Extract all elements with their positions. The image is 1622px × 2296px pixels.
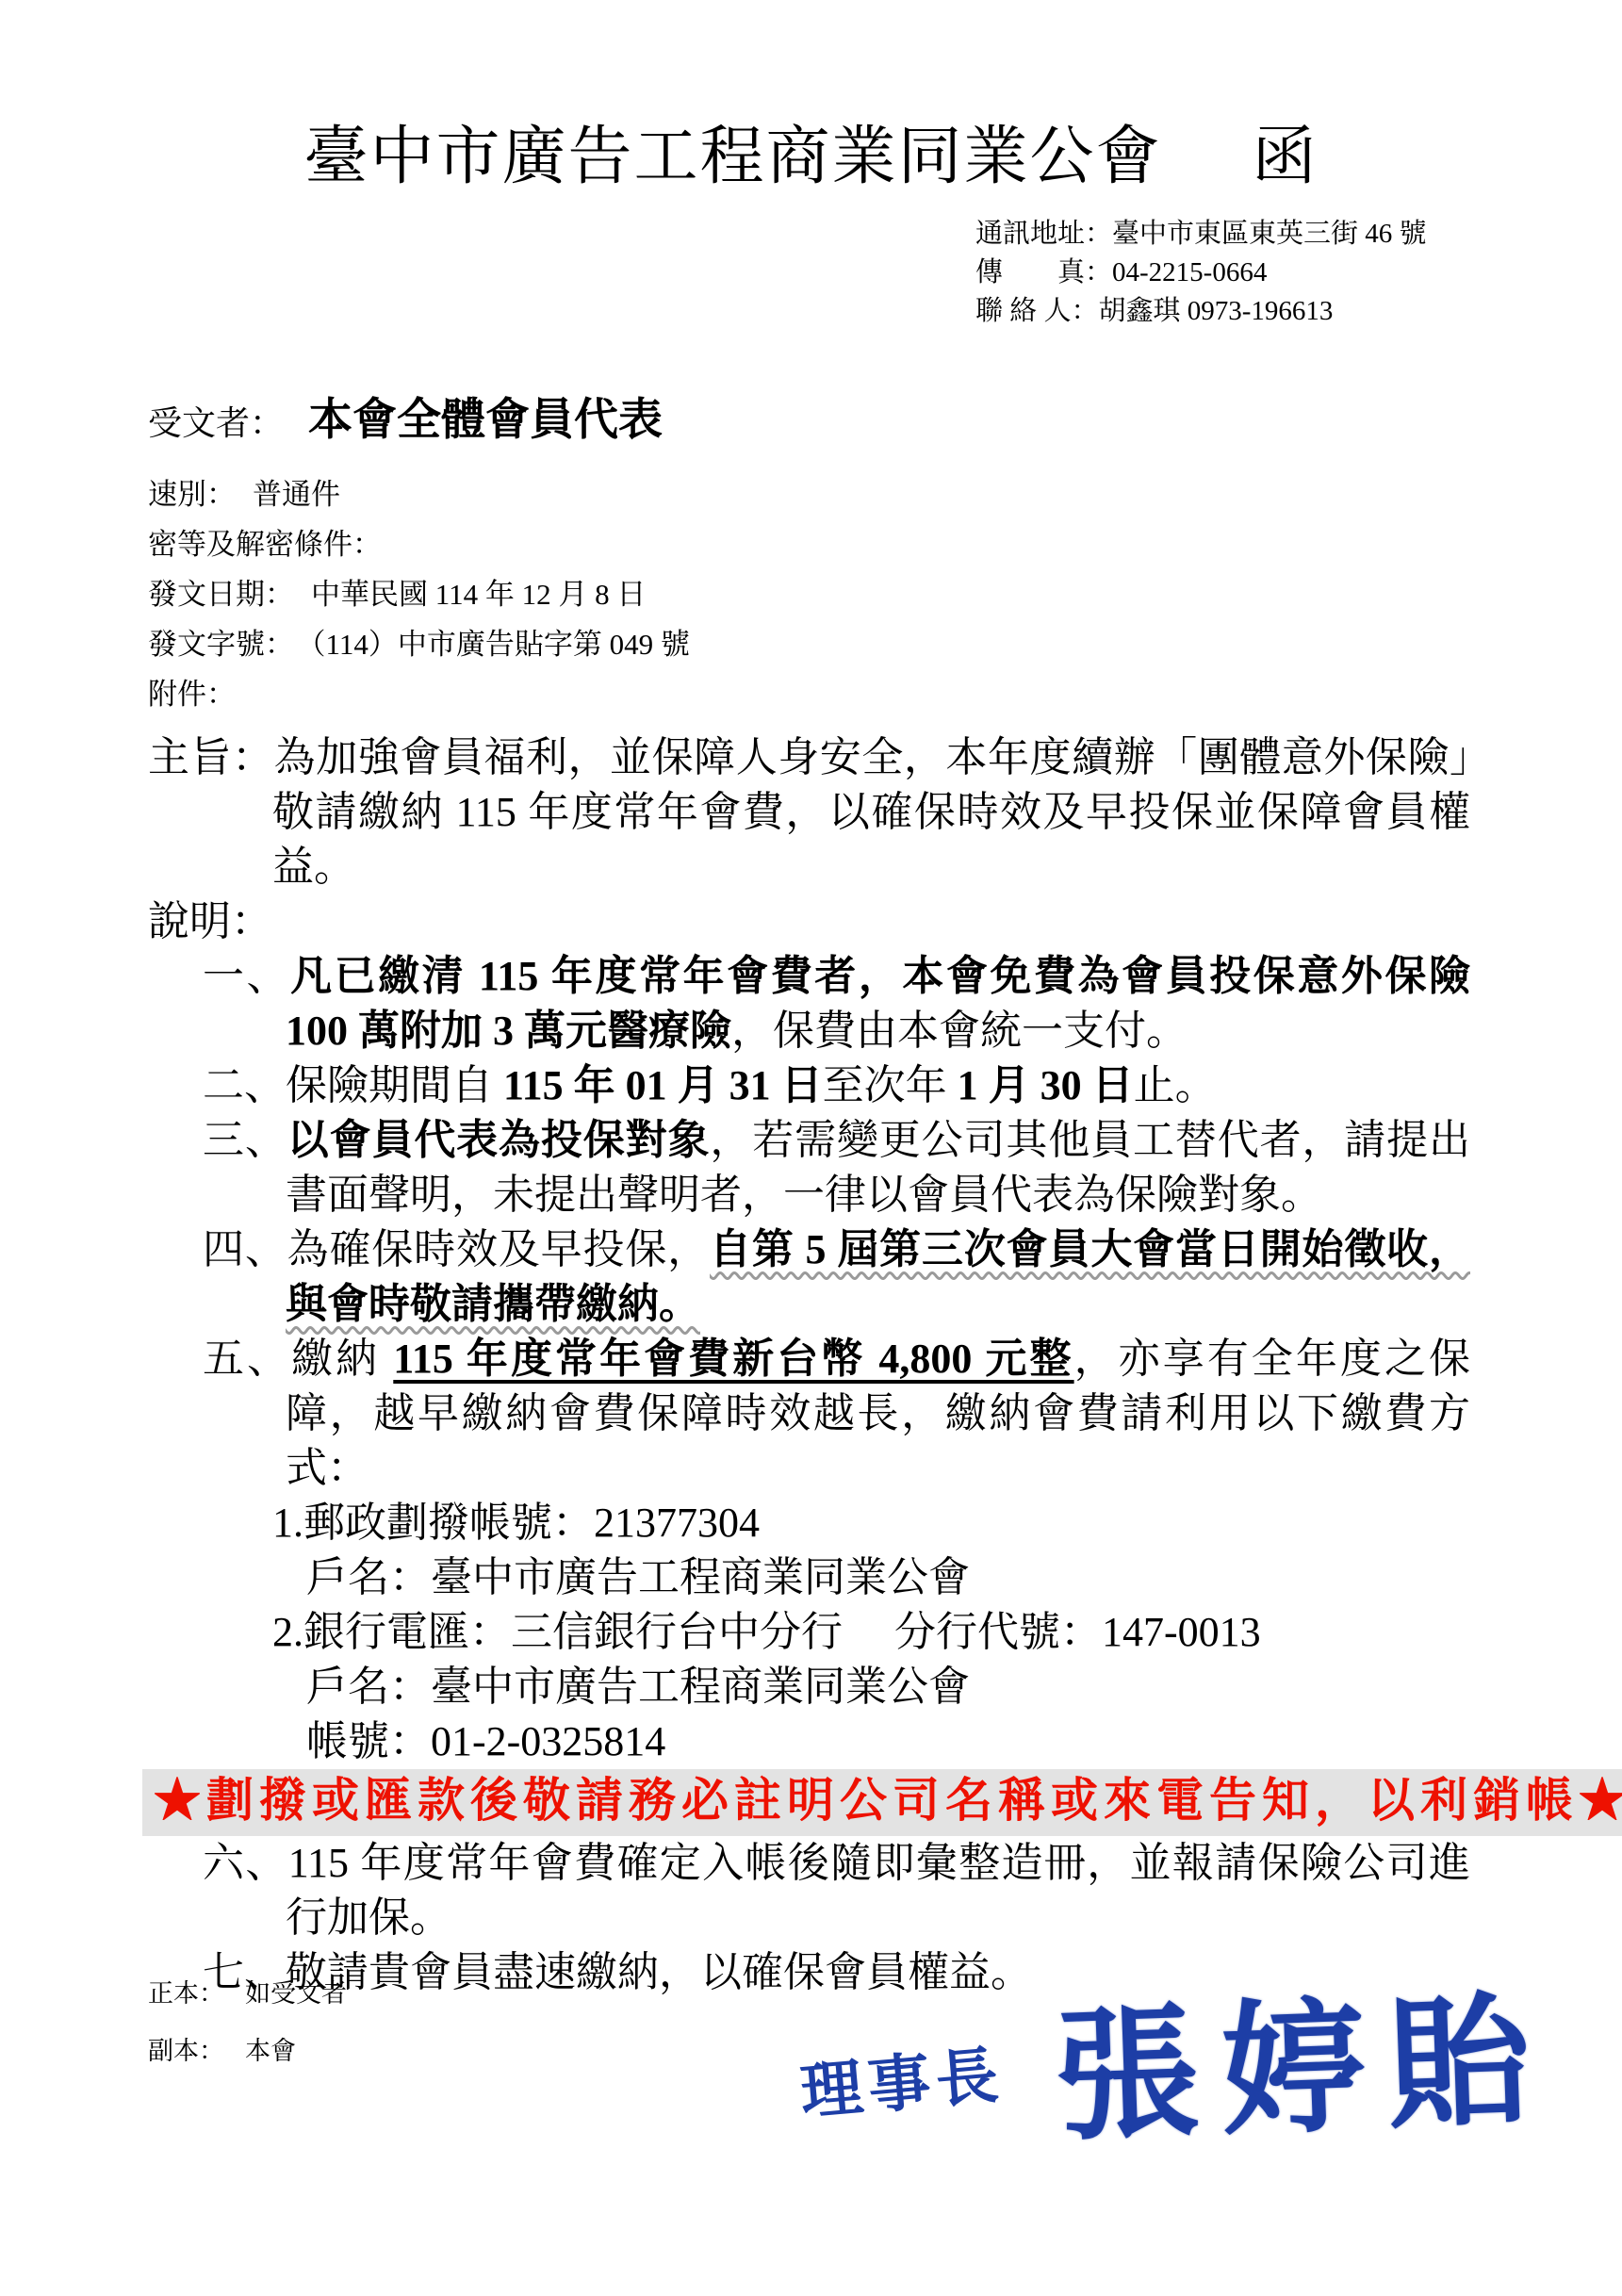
document-letter-type: 函 <box>1253 121 1319 192</box>
list-item-1: 一、凡已繳清 115 年度常年會費者，本會免費為會員投保意外保險 100 萬附加… <box>203 949 1470 1058</box>
recipient-row: 受文者：本會全體會員代表 <box>148 385 663 448</box>
item-text: 敬請貴會員盡速繳納，以確保會員權益。 <box>286 1949 1032 1995</box>
payment-line-postal-accountname: 戶名：臺中市廣告工程商業同業公會 <box>306 1550 1470 1605</box>
item-text-bold: 115 年 01 月 31 日 <box>503 1062 823 1108</box>
contact-address-line: 通訊地址：臺中市東區東英三街 46 號 <box>975 215 1427 254</box>
contact-fax-line: 傳 真：04-2215-0664 <box>975 254 1427 292</box>
meta-label: 速別： <box>148 478 236 511</box>
list-item-5: 五、繳納 115 年度常年會費新台幣 4,800 元整，亦享有全年度之保障，越早… <box>203 1332 1470 1496</box>
copy-distribution-block: 正本：如受文者 副本：本會 <box>148 1965 347 2080</box>
list-item-2: 二、保險期間自 115 年 01 月 31 日至次年 1 月 30 日止。 <box>203 1058 1470 1113</box>
item-text: 115 年度常年會費確定入帳後隨即彙整造冊，並報請保險公司進行加保。 <box>286 1840 1470 1941</box>
item-text: 為確保時效及早投保， <box>287 1226 710 1272</box>
payment-line-bank: 2.銀行電匯：三信銀行台中分行 分行代號：147-0013 <box>272 1605 1470 1660</box>
letter-body: 主旨：為加強會員福利，並保障人身安全，本年度續辦「團體意外保險」敬請繳納 115… <box>148 730 1470 2000</box>
meta-row-date: 發文日期：中華民國 114 年 12 月 8 日 <box>148 569 690 619</box>
meta-row-security: 密等及解密條件： <box>148 519 690 569</box>
recipient-label: 受文者： <box>148 404 284 442</box>
duplicate-copy-row: 副本：本會 <box>148 2023 347 2080</box>
recipient-value: 本會全體會員代表 <box>308 396 663 445</box>
meta-label: 附件： <box>148 678 236 711</box>
contact-address-label: 通訊地址： <box>975 219 1112 249</box>
chairman-name: 張婷貽 <box>1053 1989 1555 2152</box>
document-title-row: 臺中市廣告工程商業同業公會函 <box>0 119 1622 196</box>
item-text: 保險期間自 <box>286 1062 503 1108</box>
payment-line-bank-accountname: 戶名：臺中市廣告工程商業同業公會 <box>306 1660 1470 1714</box>
item-number: 二、 <box>203 1062 286 1108</box>
meta-value: 中華民國 114 年 12 月 8 日 <box>311 578 646 611</box>
subject-paragraph: 主旨：為加強會員福利，並保障人身安全，本年度續辦「團體意外保險」敬請繳納 115… <box>148 730 1470 894</box>
meta-value: 普通件 <box>253 478 340 511</box>
contact-fax-value: 04-2215-0664 <box>1112 257 1267 287</box>
contact-fax-label: 傳 真： <box>975 257 1112 287</box>
item-number: 一、 <box>203 953 290 999</box>
explanation-label: 說明： <box>148 894 1470 949</box>
highlight-banner: ★劃撥或匯款後敬請務必註明公司名稱或來電告知，以利銷帳★ <box>142 1769 1622 1836</box>
meta-label: 發文字號： <box>148 628 294 661</box>
original-copy-value: 如受文者 <box>245 1979 347 2008</box>
meta-row-refnumber: 發文字號：（114）中市廣告貼字第 049 號 <box>148 619 690 669</box>
item-number: 三、 <box>203 1117 287 1163</box>
list-item-3: 三、以會員代表為投保對象，若需變更公司其他員工替代者，請提出書面聲明，未提出聲明… <box>203 1113 1470 1222</box>
meta-label: 發文日期： <box>148 578 294 611</box>
duplicate-copy-label: 副本： <box>148 2037 224 2065</box>
original-copy-row: 正本：如受文者 <box>148 1965 347 2023</box>
payment-line-bank-accountnumber: 帳號：01-2-0325814 <box>306 1714 1470 1769</box>
item-text: 繳納 <box>291 1336 393 1382</box>
payment-line-postal: 1.郵政劃撥帳號：21377304 <box>272 1496 1470 1550</box>
item-text: ，保費由本會統一支付。 <box>731 1008 1188 1054</box>
contact-person-line: 聯 絡 人：胡鑫琪 0973-196613 <box>975 292 1427 331</box>
official-letter-page: 臺中市廣告工程商業同業公會函 通訊地址：臺中市東區東英三街 46 號 傳 真：0… <box>0 0 1622 2296</box>
original-copy-label: 正本： <box>148 1979 224 2008</box>
item-text-bold: 以會員代表為投保對象 <box>287 1117 711 1163</box>
document-title: 臺中市廣告工程商業同業公會 <box>303 121 1161 192</box>
item-number: 五、 <box>203 1336 291 1382</box>
meta-label: 密等及解密條件： <box>148 528 382 561</box>
subject-label: 主旨： <box>148 734 274 780</box>
item-text: 至次年 <box>823 1062 958 1108</box>
contact-person-value: 胡鑫琪 0973-196613 <box>1099 296 1334 326</box>
contact-person-label: 聯 絡 人： <box>975 296 1099 326</box>
meta-row-speed: 速別：普通件 <box>148 469 690 519</box>
chairman-signature: 理事長 張婷貽 <box>798 1989 1556 2161</box>
contact-block: 通訊地址：臺中市東區東英三街 46 號 傳 真：04-2215-0664 聯 絡… <box>975 215 1427 331</box>
meta-row-attachment: 附件： <box>148 669 690 719</box>
meta-block: 速別：普通件 密等及解密條件： 發文日期：中華民國 114 年 12 月 8 日… <box>148 469 690 719</box>
list-item-4: 四、為確保時效及早投保，自第 5 屆第三次會員大會當日開始徵收，與會時敬請攜帶繳… <box>203 1222 1470 1332</box>
contact-address-value: 臺中市東區東英三街 46 號 <box>1112 219 1427 249</box>
item-text-bold: 1 月 30 日 <box>958 1062 1134 1108</box>
subject-text: 為加強會員福利，並保障人身安全，本年度續辦「團體意外保險」敬請繳納 115 年度… <box>272 734 1470 890</box>
item-number: 六、 <box>203 1840 288 1886</box>
meta-value: （114）中市廣告貼字第 049 號 <box>311 628 690 661</box>
item-text: 止。 <box>1134 1062 1217 1108</box>
item-number: 四、 <box>203 1226 287 1272</box>
duplicate-copy-value: 本會 <box>245 2037 296 2065</box>
list-item-6: 六、115 年度常年會費確定入帳後隨即彙整造冊，並報請保險公司進行加保。 <box>203 1836 1470 1945</box>
item-text-underlined: 115 年度常年會費新台幣 4,800 元整 <box>393 1336 1073 1382</box>
chairman-title: 理事長 <box>798 2045 1007 2125</box>
